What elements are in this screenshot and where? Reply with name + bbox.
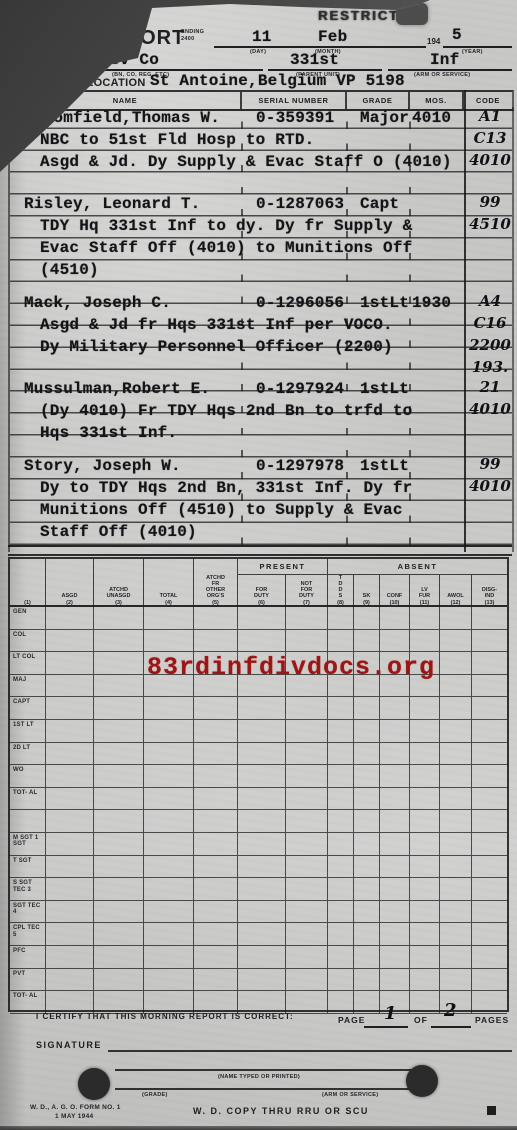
stats-header-label: ASGD xyxy=(62,593,78,599)
stats-cell xyxy=(144,697,194,719)
punch-hole-left xyxy=(78,1068,110,1100)
signature-label: SIGNATURE xyxy=(36,1040,102,1050)
stats-cell xyxy=(410,810,440,832)
stats-cell xyxy=(194,969,238,991)
stats-cell xyxy=(380,697,410,719)
stats-cell xyxy=(410,743,440,765)
stats-cell xyxy=(94,765,144,787)
stats-row-label: MAJ xyxy=(10,675,46,697)
stats-cell xyxy=(94,991,144,1013)
stats-cell xyxy=(354,765,380,787)
stats-cell xyxy=(354,923,380,945)
stats-cell xyxy=(238,923,286,945)
entry-grade: Major xyxy=(360,109,409,127)
stats-cell xyxy=(354,630,380,652)
stats-cell xyxy=(94,810,144,832)
stats-cell xyxy=(472,878,507,900)
entry-name: Mussulman,Robert E. xyxy=(24,380,210,398)
watermark: 83rdinfdivdocs.org xyxy=(147,653,435,682)
stats-cell xyxy=(472,810,507,832)
arm-sublabel: (ARM OR SERVICE) xyxy=(322,1092,378,1098)
stats-cell xyxy=(144,901,194,923)
stats-cell xyxy=(472,765,507,787)
of-label: OF xyxy=(414,1015,428,1025)
stats-header-number: (11) xyxy=(420,600,429,606)
stats-cell xyxy=(194,788,238,810)
ending-label: ENDING xyxy=(181,29,204,36)
stats-cell xyxy=(440,720,472,742)
stats-cell xyxy=(46,856,94,878)
stats-cell xyxy=(46,969,94,991)
stats-cell xyxy=(354,720,380,742)
stats-cell xyxy=(238,720,286,742)
stats-cell xyxy=(194,833,238,855)
stats-cell xyxy=(194,697,238,719)
stats-cell xyxy=(238,743,286,765)
stats-cell xyxy=(286,630,328,652)
stats-cell xyxy=(194,856,238,878)
page-label: PAGE xyxy=(338,1015,365,1025)
stats-cell xyxy=(144,788,194,810)
ending-time: 2400 xyxy=(181,36,204,43)
stats-cell xyxy=(94,969,144,991)
stats-header-number: (5) xyxy=(212,600,219,606)
entry-grade: Capt xyxy=(360,195,399,213)
stats-cell xyxy=(410,856,440,878)
stats-cell xyxy=(354,607,380,629)
stats-header-label: ATCHD UNASGD xyxy=(107,587,131,599)
certify-text: I CERTIFY THAT THIS MORNING REPORT IS CO… xyxy=(36,1012,294,1021)
stats-cell xyxy=(94,630,144,652)
scan-smudge xyxy=(396,3,428,25)
stats-cell xyxy=(144,607,194,629)
stats-cell xyxy=(328,765,354,787)
stats-cell xyxy=(380,856,410,878)
stats-cell xyxy=(440,901,472,923)
stats-cell xyxy=(380,788,410,810)
stats-cell xyxy=(380,833,410,855)
stats-cell xyxy=(286,720,328,742)
stats-cell xyxy=(472,607,507,629)
stats-header-cell: ATCHD FR OTHER ORG'S(5) xyxy=(194,559,238,607)
year-digit: 5 xyxy=(452,26,462,44)
stats-cell xyxy=(46,788,94,810)
stats-header-cell: CONF(10) xyxy=(380,575,410,607)
stats-cell xyxy=(472,788,507,810)
stats-header-number: (6) xyxy=(258,600,265,606)
stats-cell xyxy=(94,946,144,968)
stats-row: PVT xyxy=(10,969,507,992)
stats-row-label: S SGT TEC 3 xyxy=(10,878,46,900)
entry-serial: 0-1296056 xyxy=(256,294,344,312)
stats-group-absent: ABSENT xyxy=(328,559,507,575)
scanned-morning-report: RESTRICTED REPORT ENDING 2400 11 Feb (DA… xyxy=(0,0,517,1130)
stats-header-cell: TOTAL(4) xyxy=(144,559,194,607)
entry-serial: 0-1297978 xyxy=(256,457,344,475)
stats-cell xyxy=(380,969,410,991)
stats-cell xyxy=(380,720,410,742)
grade-arm-line xyxy=(115,1088,420,1090)
stats-cell xyxy=(194,765,238,787)
stats-cell xyxy=(286,697,328,719)
stats-cell xyxy=(440,743,472,765)
entry-mos: 1930 xyxy=(412,294,451,312)
stats-cell xyxy=(286,743,328,765)
stats-cell xyxy=(94,652,144,674)
roster-entry-line: Mack, Joseph C.0-12960561stLt1930 xyxy=(10,294,464,314)
stats-cell xyxy=(380,743,410,765)
page-number: 1 xyxy=(384,1003,397,1024)
stats-cell xyxy=(440,697,472,719)
stats-cell xyxy=(194,630,238,652)
stats-cell xyxy=(144,630,194,652)
stats-cell xyxy=(328,720,354,742)
stats-header-cell: ASGD(2) xyxy=(46,559,94,607)
stats-cell xyxy=(286,878,328,900)
stats-cell xyxy=(286,765,328,787)
stats-header-label: AWOL xyxy=(447,593,464,599)
stats-cell xyxy=(286,833,328,855)
stats-cell xyxy=(144,878,194,900)
stats-cell xyxy=(194,923,238,945)
punch-hole-right xyxy=(406,1065,438,1097)
stats-cell xyxy=(380,946,410,968)
org-arm-sublabel: (ARM OR SERVICE) xyxy=(414,72,470,78)
entry-code: C13 xyxy=(466,129,514,147)
stats-row-label: M SGT 1 SGT xyxy=(10,833,46,855)
stats-header-cell: NOT FOR DUTY(7) xyxy=(286,575,328,607)
stats-cell xyxy=(46,743,94,765)
stats-cell xyxy=(328,856,354,878)
stats-cell xyxy=(46,697,94,719)
stats-header-cell: AWOL(12) xyxy=(440,575,472,607)
stats-header-cell: DISG- IND(13) xyxy=(472,575,507,607)
stats-cell xyxy=(440,765,472,787)
stats-cell xyxy=(238,901,286,923)
stats-cell xyxy=(440,878,472,900)
stats-cell xyxy=(440,675,472,697)
stats-cell xyxy=(286,810,328,832)
stats-cell xyxy=(354,697,380,719)
stats-row: T SGT xyxy=(10,856,507,879)
stats-cell xyxy=(472,720,507,742)
stats-cell xyxy=(328,969,354,991)
stats-row: PFC xyxy=(10,946,507,969)
stats-header-label: LV FUR xyxy=(419,587,430,599)
stats-cell xyxy=(410,607,440,629)
stats-cell xyxy=(144,856,194,878)
pages-number: 2 xyxy=(444,1000,457,1021)
stats-header-cell: ATCHD UNASGD(3) xyxy=(94,559,144,607)
entry-serial: 0-1297924 xyxy=(256,380,344,398)
stats-cell xyxy=(328,788,354,810)
stats-row xyxy=(10,810,507,833)
stats-cell xyxy=(354,969,380,991)
stats-header-number: (2) xyxy=(66,600,73,606)
entry-code: 99 xyxy=(466,193,514,211)
entry-grade: 1stLt xyxy=(360,457,409,475)
stats-cell xyxy=(94,923,144,945)
stats-cell xyxy=(144,720,194,742)
stats-header-label: NOT FOR DUTY xyxy=(299,581,314,599)
pages-label: PAGES xyxy=(475,1015,509,1025)
stats-row-label: WO xyxy=(10,765,46,787)
stats-header-label: T D D S xyxy=(339,575,343,599)
roster-entry-line: Bloomfield,Thomas W.0-359391Major4010 xyxy=(10,109,464,129)
roster-body: Bloomfield,Thomas W.0-359391Major4010NBC… xyxy=(8,107,514,552)
stats-cell xyxy=(380,923,410,945)
stats-cell xyxy=(472,630,507,652)
roster-entry-continuation: Hqs 331st Inf. xyxy=(40,424,177,444)
stats-row-label: 2D LT xyxy=(10,743,46,765)
stats-cell xyxy=(238,788,286,810)
stats-row-label: TOT- AL xyxy=(10,788,46,810)
stats-header: PRESENTABSENT(1)ASGD(2)ATCHD UNASGD(3)TO… xyxy=(10,559,507,607)
stats-cell xyxy=(46,630,94,652)
stats-cell xyxy=(194,878,238,900)
stats-cell xyxy=(440,969,472,991)
stats-cell xyxy=(472,833,507,855)
stats-cell xyxy=(194,720,238,742)
form-date: 1 MAY 1944 xyxy=(55,1113,93,1120)
entry-code: 21 xyxy=(466,378,514,396)
stats-header-label: FOR DUTY xyxy=(254,587,269,599)
stats-header-cell: SK(9) xyxy=(354,575,380,607)
stats-cell xyxy=(94,833,144,855)
stats-header-label: DISG- IND xyxy=(482,587,497,599)
stats-header-cell: FOR DUTY(6) xyxy=(238,575,286,607)
stats-cell xyxy=(472,743,507,765)
stats-header-cell: (1) xyxy=(10,559,46,607)
stats-header-label: CONF xyxy=(387,593,403,599)
stats-cell xyxy=(410,720,440,742)
station-value: St Antoine,Belgium VP 5198 xyxy=(150,72,405,90)
roster-entry-continuation: NBC to 51st Fld Hosp to RTD. xyxy=(40,131,314,151)
stats-row-label xyxy=(10,810,46,832)
entry-name: Bloomfield,Thomas W. xyxy=(24,109,220,127)
stats-row-label: TOT- AL xyxy=(10,991,46,1013)
entry-serial: 0-359391 xyxy=(256,109,334,127)
stats-cell xyxy=(194,743,238,765)
stats-cell xyxy=(354,788,380,810)
entry-code: C16 xyxy=(466,314,514,332)
roster-entry-continuation: (4510) xyxy=(40,261,99,281)
stats-header-label: SK xyxy=(363,593,371,599)
roster-entry-line: Risley, Leonard T.0-1287063Capt xyxy=(10,195,464,215)
report-day: 11 xyxy=(252,28,272,46)
stats-cell xyxy=(286,901,328,923)
stats-row: GEN xyxy=(10,607,507,630)
stats-row: 1ST LT xyxy=(10,720,507,743)
stats-cell xyxy=(472,697,507,719)
stats-cell xyxy=(440,946,472,968)
stats-cell xyxy=(410,946,440,968)
stats-cell xyxy=(472,675,507,697)
stats-row-label: T SGT xyxy=(10,856,46,878)
stats-cell xyxy=(354,833,380,855)
entry-code: 4010 xyxy=(466,400,514,418)
stats-cell xyxy=(410,878,440,900)
registration-mark xyxy=(487,1106,496,1115)
stats-cell xyxy=(410,697,440,719)
stats-cell xyxy=(354,878,380,900)
entry-mos: 4010 xyxy=(412,109,451,127)
organization-label: ORGANIZATION xyxy=(14,56,104,68)
stats-header-number: (10) xyxy=(390,600,400,606)
stats-header-number: (12) xyxy=(451,600,461,606)
stats-cell xyxy=(440,652,472,674)
stats-cell xyxy=(328,743,354,765)
org-parent-value: 331st xyxy=(290,51,339,69)
stats-header-number: (7) xyxy=(303,600,310,606)
roster-entry-continuation: Dy Military Personnel Officer (2200) xyxy=(40,338,393,358)
stats-row: S SGT TEC 3 xyxy=(10,878,507,901)
stats-cell xyxy=(472,901,507,923)
stats-cell xyxy=(286,946,328,968)
stats-header-number: (1) xyxy=(24,600,31,606)
stats-cell xyxy=(472,923,507,945)
stats-cell xyxy=(194,901,238,923)
stats-cell xyxy=(194,810,238,832)
stats-cell xyxy=(46,765,94,787)
stats-header-number: (3) xyxy=(115,600,122,606)
stats-cell xyxy=(238,697,286,719)
stats-cell xyxy=(286,991,328,1013)
stats-cell xyxy=(46,720,94,742)
stats-cell xyxy=(46,901,94,923)
stats-cell xyxy=(440,788,472,810)
stats-cell xyxy=(286,923,328,945)
stats-cell xyxy=(238,833,286,855)
stats-row-label: GEN xyxy=(10,607,46,629)
stats-cell xyxy=(472,856,507,878)
entry-code: A1 xyxy=(466,107,514,125)
stats-cell xyxy=(238,810,286,832)
stats-header-cell: T D D S(8) xyxy=(328,575,354,607)
stats-row: WO xyxy=(10,765,507,788)
stats-cell xyxy=(238,991,286,1013)
entry-code: 4510 xyxy=(466,215,514,233)
stats-cell xyxy=(440,630,472,652)
grade-sublabel: (GRADE) xyxy=(142,1092,168,1098)
stats-cell xyxy=(286,607,328,629)
stats-row: M SGT 1 SGT xyxy=(10,833,507,856)
stats-cell xyxy=(94,607,144,629)
stats-row: CPL TEC 5 xyxy=(10,923,507,946)
entry-name: Risley, Leonard T. xyxy=(24,195,200,213)
stats-cell xyxy=(46,607,94,629)
stats-cell xyxy=(144,833,194,855)
stats-cell xyxy=(328,630,354,652)
stats-cell xyxy=(328,833,354,855)
roster-entry-line: Story, Joseph W.0-12979781stLt xyxy=(10,457,464,477)
roster-entry-continuation: Staff Off (4010) xyxy=(40,523,197,543)
stats-cell xyxy=(286,969,328,991)
signature-line xyxy=(108,1050,512,1052)
table-bottom-rule xyxy=(8,545,512,556)
stats-cell xyxy=(410,765,440,787)
entry-serial: 0-1287063 xyxy=(256,195,344,213)
stats-cell xyxy=(144,991,194,1013)
stats-cell xyxy=(194,991,238,1013)
stats-cell xyxy=(328,901,354,923)
entry-code: 99 xyxy=(466,455,514,473)
stats-header-cell: LV FUR(11) xyxy=(410,575,440,607)
report-month: Feb xyxy=(318,28,347,46)
stats-cell xyxy=(328,697,354,719)
stats-header-number: (8) xyxy=(337,600,344,606)
stats-cell xyxy=(144,743,194,765)
stats-cell xyxy=(94,743,144,765)
roster-entry-continuation: Evac Staff Off (4010) to Munitions Off xyxy=(40,239,412,259)
stats-row-label: CPL TEC 5 xyxy=(10,923,46,945)
stats-cell xyxy=(354,901,380,923)
stats-cell xyxy=(328,810,354,832)
stats-row-label: PVT xyxy=(10,969,46,991)
stats-cell xyxy=(94,878,144,900)
entry-name: Story, Joseph W. xyxy=(24,457,181,475)
stats-cell xyxy=(354,946,380,968)
stats-cell xyxy=(238,878,286,900)
stats-cell xyxy=(286,788,328,810)
entry-code: 4010 xyxy=(466,151,514,169)
stats-cell xyxy=(194,607,238,629)
report-title: REPORT xyxy=(96,27,185,50)
stats-row-label: SGT TEC 4 xyxy=(10,901,46,923)
stats-cell xyxy=(354,810,380,832)
stats-cell xyxy=(410,833,440,855)
stats-cell xyxy=(94,901,144,923)
entry-grade: 1stLt xyxy=(360,294,409,312)
roster-entry-continuation: Asgd & Jd fr Hqs 331st Inf per VOCO. xyxy=(40,316,393,336)
stats-row: TOT- AL xyxy=(10,788,507,811)
stats-cell xyxy=(286,856,328,878)
stats-cell xyxy=(328,946,354,968)
stats-cell xyxy=(94,675,144,697)
stats-cell xyxy=(380,765,410,787)
stats-row-label: PFC xyxy=(10,946,46,968)
stats-cell xyxy=(94,720,144,742)
stats-row: 2D LT xyxy=(10,743,507,766)
entry-name: Mack, Joseph C. xyxy=(24,294,171,312)
stats-cell xyxy=(144,923,194,945)
entry-code: A4 xyxy=(466,292,514,310)
copy-thru-text: W. D. COPY THRU RRU OR SCU xyxy=(193,1106,369,1116)
stats-cell xyxy=(440,856,472,878)
stats-cell xyxy=(410,901,440,923)
stats-cell xyxy=(328,923,354,945)
stats-cell xyxy=(440,923,472,945)
stats-cell xyxy=(410,788,440,810)
stats-cell xyxy=(238,765,286,787)
stats-cell xyxy=(440,810,472,832)
stats-cell xyxy=(328,607,354,629)
stats-row-label: LT COL xyxy=(10,652,46,674)
stats-cell xyxy=(144,810,194,832)
stats-cell xyxy=(472,991,507,1013)
stats-header-number: (4) xyxy=(165,600,172,606)
stats-cell xyxy=(144,946,194,968)
stats-cell xyxy=(46,991,94,1013)
org-unit-value: Sv Co xyxy=(110,51,159,69)
stats-cell xyxy=(328,878,354,900)
year-prefix: 194 xyxy=(427,37,440,46)
stats-row-label: 1ST LT xyxy=(10,720,46,742)
stats-cell xyxy=(144,969,194,991)
stats-cell xyxy=(144,765,194,787)
roster-entry-continuation: Munitions Off (4510) to Supply & Evac xyxy=(40,501,403,521)
roster-entry-continuation: (Dy 4010) Fr TDY Hqs 2nd Bn to trfd to xyxy=(40,402,412,422)
